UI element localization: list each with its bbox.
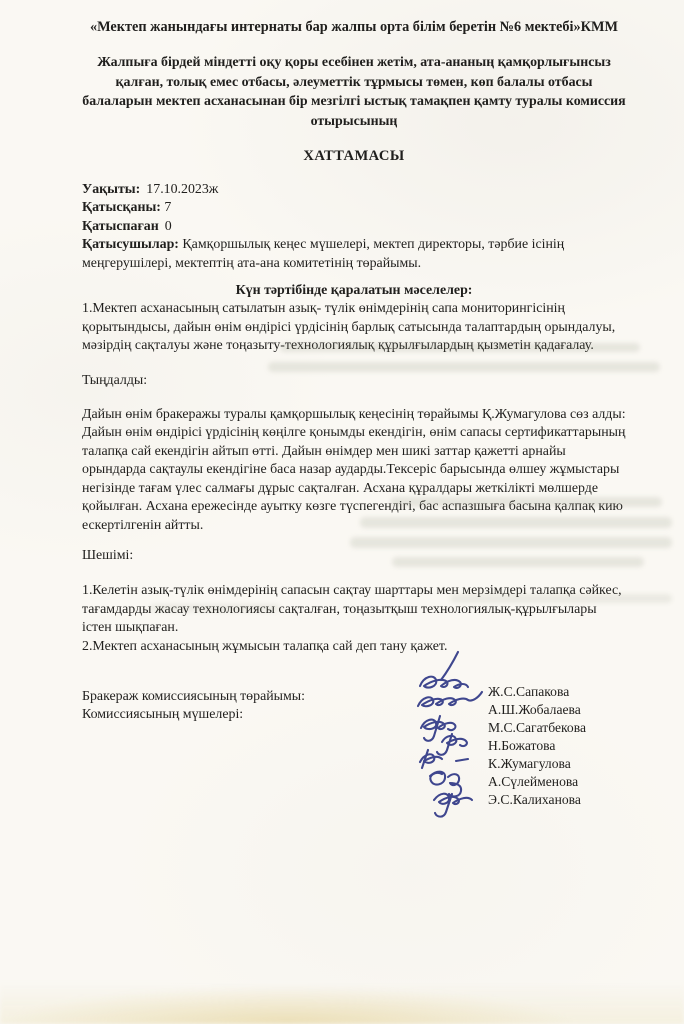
meta-value-attended: 7 [164,200,171,215]
heard-heading: Тыңдалды: [82,372,626,390]
bleed-through-artifact [150,604,280,612]
signer-name: Э.С.Калиханова [488,791,586,809]
signer-name: М.С.Сагатбекова [488,719,586,737]
meta-label-participants: Қатысушылар: [82,237,179,252]
meta-row-time: Уақыты:17.10.2023ж [82,181,626,199]
bleed-through-artifact [390,497,662,507]
signer-name: Н.Божатова [488,737,586,755]
decision-item: 2.Мектеп асханасының жұмысын талапқа сай… [82,638,626,656]
signer-name: А.Сүлейменова [488,773,586,791]
agenda-heading: Күн тәртібінде қаралатын мәселелер: [82,282,626,300]
bleed-through-artifact [268,362,660,372]
organization-title: «Мектеп жанындағы интернаты бар жалпы ор… [82,17,626,37]
meta-label-attended: Қатысқаны: [82,200,161,215]
heard-text: Дайын өнім бракеражы туралы қамқоршылық … [82,406,626,535]
bleed-through-artifact [392,557,644,567]
bleed-through-artifact [450,594,672,603]
meta-row-attended: Қатысқаны: 7 [82,199,626,217]
bleed-through-artifact [280,343,640,352]
signer-names-list: Ж.С.Сапакова А.Ш.Жобалаева М.С.Сагатбеко… [488,683,586,809]
meta-row-participants: Қатысушылар: Қамқоршылық кеңес мүшелері,… [82,236,626,273]
signature-strokes [418,652,482,817]
document-type-heading: ХАТТАМАСЫ [82,147,626,166]
signer-name: А.Ш.Жобалаева [488,701,586,719]
meta-value-absent: 0 [165,219,172,234]
meta-value-time: 17.10.2023ж [146,182,218,197]
signature-block: Бракераж комиссиясының төрайымы: Комисси… [82,683,626,863]
signer-name: К.Жумагулова [488,755,586,773]
bleed-through-artifact [360,517,672,528]
bleed-through-artifact [350,537,672,548]
meta-row-absent: Қатыспаған0 [82,218,626,236]
meta-label-absent: Қатыспаған [82,219,159,234]
document-subject: Жалпыға бірдей міндетті оқу қоры есебіне… [82,53,626,131]
meta-block: Уақыты:17.10.2023ж Қатысқаны: 7 Қатыспағ… [82,181,626,273]
meta-label-time: Уақыты: [82,182,140,197]
scan-edge-tint [0,982,684,1024]
signer-name: Ж.С.Сапакова [488,683,586,701]
scanned-protocol-document: «Мектеп жанындағы интернаты бар жалпы ор… [0,0,684,1024]
